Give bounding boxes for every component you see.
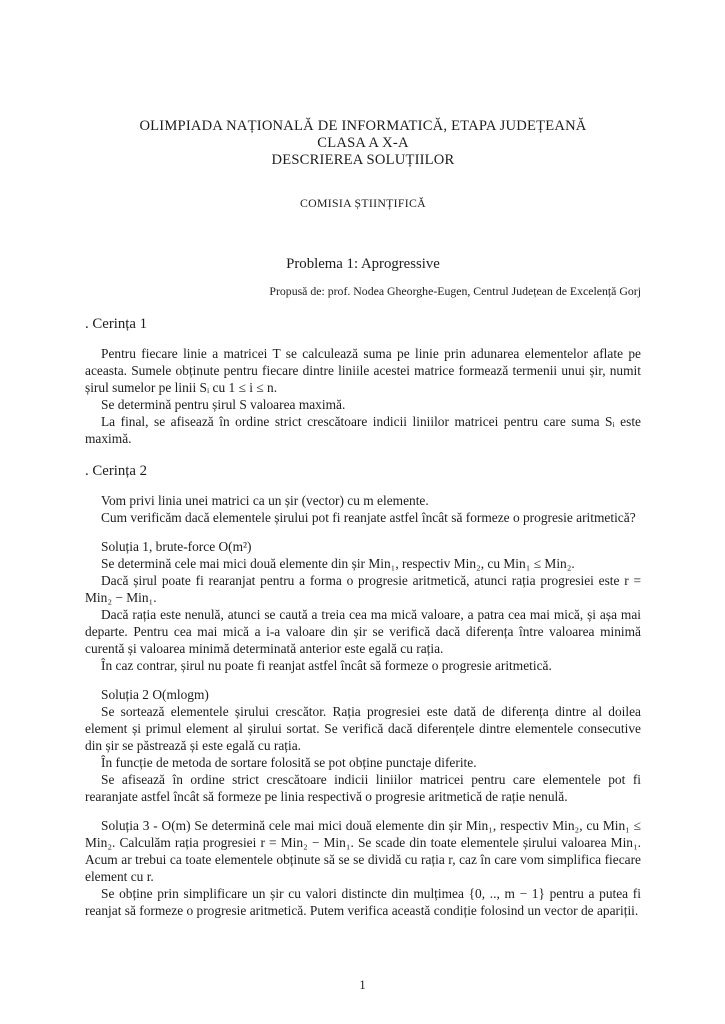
problem-section: Problema 1: Aprogressive Propusă de: pro… [85,256,641,300]
section-heading-cerinta-1: . Cerința 1 [85,316,641,333]
solution-2-block: Soluția 2 O(mlogm) Se sortează elementel… [85,686,641,805]
paragraph: Dacă șirul poate fi rearanjat pentru a f… [85,572,641,606]
title-line-olympiad: OLIMPIADA NAȚIONALĂ DE INFORMATICĂ, ETAP… [85,118,641,135]
solution-2-heading: Soluția 2 O(mlogm) [85,686,641,703]
cerinta-1-section: . Cerința 1 Pentru fiecare linie a matri… [85,316,641,447]
problem-byline: Propusă de: prof. Nodea Gheorghe-Eugen, … [85,283,641,300]
paragraph: Cum verificăm dacă elementele șirului po… [85,509,641,526]
paragraph: Se sortează elementele șirului crescător… [85,703,641,754]
paragraph: La final, se afisează în ordine strict c… [85,413,641,447]
solution-1-block: Soluția 1, brute-force O(m²) Se determin… [85,538,641,674]
paragraph: Dacă rația este nenulă, atunci se caută … [85,606,641,657]
paragraph: Vom privi linia unei matrici ca un șir (… [85,492,641,509]
solution-3-heading: Soluția 3 - O(m) Se determină cele mai m… [85,817,641,885]
cerinta-1-paragraphs: Pentru fiecare linie a matricei T se cal… [85,345,641,447]
cerinta-2-paragraphs: Vom privi linia unei matrici ca un șir (… [85,492,641,526]
solution-1-heading: Soluția 1, brute-force O(m²) [85,538,641,555]
section-heading-cerinta-2: . Cerința 2 [85,463,641,480]
paragraph: În caz contrar, șirul nu poate fi reanja… [85,657,641,674]
title-line-solutions: DESCRIEREA SOLUȚIILOR [85,152,641,169]
paragraph: Se obține prin simplificare un șir cu va… [85,885,641,919]
paragraph: Se determină pentru șirul S valoarea max… [85,396,641,413]
document-header: OLIMPIADA NAȚIONALĂ DE INFORMATICĂ, ETAP… [85,118,641,212]
document-page: OLIMPIADA NAȚIONALĂ DE INFORMATICĂ, ETAP… [0,0,725,1024]
committee-line: COMISIA ȘTIINȚIFICĂ [85,195,641,212]
paragraph: Se afisează în ordine strict crescătoare… [85,771,641,805]
paragraph: În funcție de metoda de sortare folosită… [85,754,641,771]
problem-title: Problema 1: Aprogressive [85,256,641,273]
paragraph: Pentru fiecare linie a matricei T se cal… [85,345,641,396]
title-line-class: CLASA A X-A [85,135,641,152]
paragraph: Se determină cele mai mici două elemente… [85,555,641,572]
solution-3-block: Soluția 3 - O(m) Se determină cele mai m… [85,817,641,919]
page-number: 1 [0,977,725,994]
cerinta-2-section: . Cerința 2 Vom privi linia unei matrici… [85,463,641,919]
